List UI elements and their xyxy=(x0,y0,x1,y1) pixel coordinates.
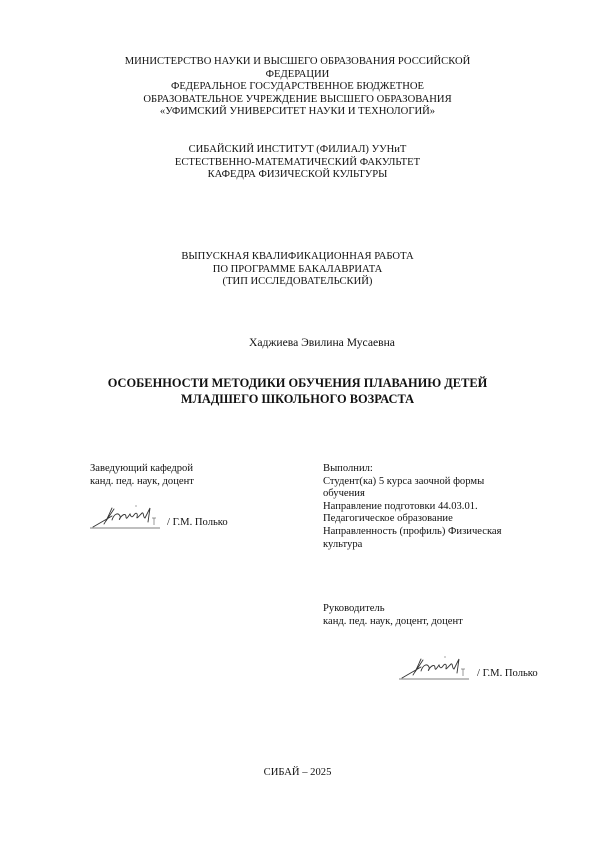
city-year: СИБАЙ – 2025 xyxy=(0,767,595,780)
student-line: Выполнил: xyxy=(323,463,502,476)
signature-icon xyxy=(90,504,166,530)
work-type-line: (ТИП ИССЛЕДОВАТЕЛЬСКИЙ) xyxy=(0,276,595,289)
head-signature-name: / Г.М. Полько xyxy=(167,517,228,530)
student-line: культура xyxy=(323,539,502,552)
student-line: обучения xyxy=(323,488,502,501)
thesis-title: ОСОБЕННОСТИ МЕТОДИКИ ОБУЧЕНИЯ ПЛАВАНИЮ Д… xyxy=(0,376,595,407)
header-line: ФЕДЕРАЦИИ xyxy=(0,69,595,82)
title-line: МЛАДШЕГО ШКОЛЬНОГО ВОЗРАСТА xyxy=(0,392,595,408)
supervisor-degree: канд. пед. наук, доцент, доцент xyxy=(323,616,463,629)
title-line: ОСОБЕННОСТИ МЕТОДИКИ ОБУЧЕНИЯ ПЛАВАНИЮ Д… xyxy=(0,376,595,392)
institute-header: СИБАЙСКИЙ ИНСТИТУТ (ФИЛИАЛ) УУНиТ ЕСТЕСТ… xyxy=(0,144,595,182)
header-line: МИНИСТЕРСТВО НАУКИ И ВЫСШЕГО ОБРАЗОВАНИЯ… xyxy=(0,56,595,69)
head-role: Заведующий кафедрой xyxy=(90,463,194,476)
supervisor-signature-name: / Г.М. Полько xyxy=(477,668,538,681)
header-line: ФЕДЕРАЛЬНОЕ ГОСУДАРСТВЕННОЕ БЮДЖЕТНОЕ xyxy=(0,81,595,94)
supervisor-role: Руководитель xyxy=(323,603,463,616)
work-type: ВЫПУСКНАЯ КВАЛИФИКАЦИОННАЯ РАБОТА ПО ПРО… xyxy=(0,251,595,289)
faculty-line: ЕСТЕСТВЕННО-МАТЕМАТИЧЕСКИЙ ФАКУЛЬТЕТ xyxy=(0,157,595,170)
department-line: КАФЕДРА ФИЗИЧЕСКОЙ КУЛЬТУРЫ xyxy=(0,169,595,182)
title-page: МИНИСТЕРСТВО НАУКИ И ВЫСШЕГО ОБРАЗОВАНИЯ… xyxy=(0,0,595,841)
work-type-line: ПО ПРОГРАММЕ БАКАЛАВРИАТА xyxy=(0,264,595,277)
header-line: ОБРАЗОВАТЕЛЬНОЕ УЧРЕЖДЕНИЕ ВЫСШЕГО ОБРАЗ… xyxy=(0,94,595,107)
signature-icon xyxy=(398,655,476,681)
institute-line: СИБАЙСКИЙ ИНСТИТУТ (ФИЛИАЛ) УУНиТ xyxy=(0,144,595,157)
student-line: Направленность (профиль) Физическая xyxy=(323,526,502,539)
ministry-header: МИНИСТЕРСТВО НАУКИ И ВЫСШЕГО ОБРАЗОВАНИЯ… xyxy=(0,56,595,119)
head-degree: канд. пед. наук, доцент xyxy=(90,476,194,489)
head-of-department-block: Заведующий кафедрой канд. пед. наук, доц… xyxy=(90,463,194,488)
header-line: «УФИМСКИЙ УНИВЕРСИТЕТ НАУКИ И ТЕХНОЛОГИЙ… xyxy=(0,106,595,119)
head-signature-row: / Г.М. Полько xyxy=(90,504,228,530)
work-type-line: ВЫПУСКНАЯ КВАЛИФИКАЦИОННАЯ РАБОТА xyxy=(0,251,595,264)
supervisor-signature-row: / Г.М. Полько xyxy=(398,655,538,681)
student-line: Направление подготовки 44.03.01. xyxy=(323,501,502,514)
author-name: Хаджиева Эвилина Мусаевна xyxy=(249,337,395,350)
supervisor-block: Руководитель канд. пед. наук, доцент, до… xyxy=(323,603,463,628)
student-line: Студент(ка) 5 курса заочной формы xyxy=(323,476,502,489)
student-line: Педагогическое образование xyxy=(323,513,502,526)
student-block: Выполнил: Студент(ка) 5 курса заочной фо… xyxy=(323,463,502,551)
